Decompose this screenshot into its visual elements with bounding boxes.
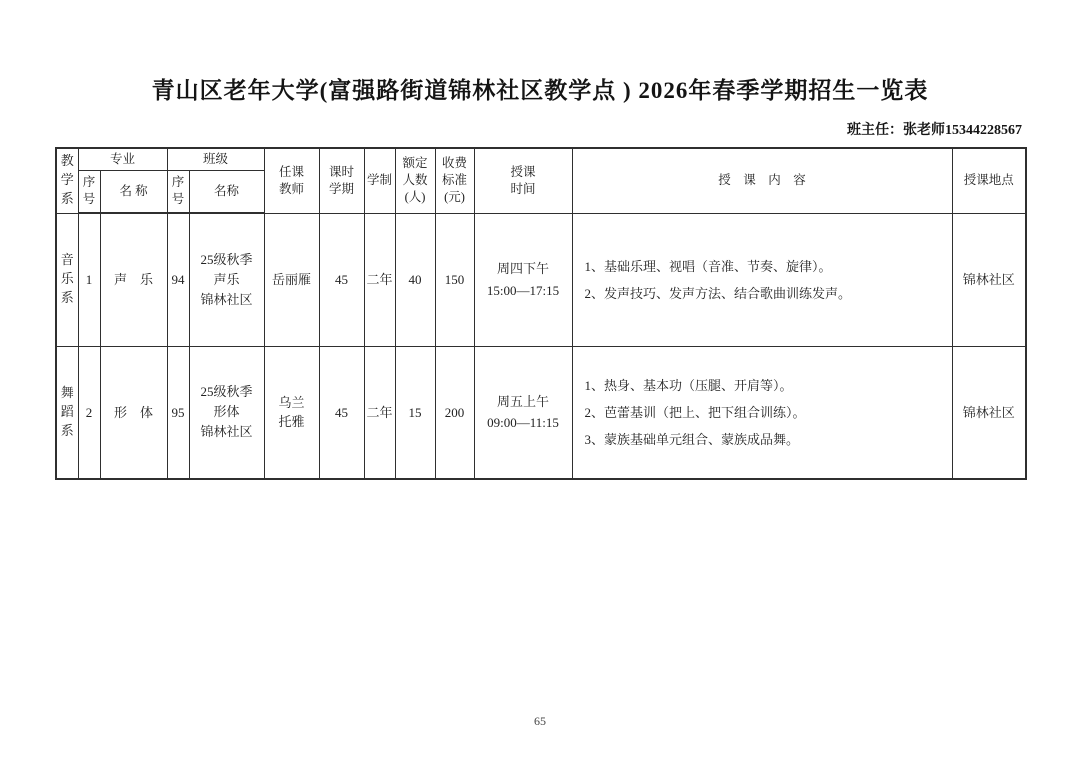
table-row-body-shaping: 舞 蹈 系 2 形 体 95 25级秋季 形体 锦林社区 乌兰 托雅 45 二年… — [56, 346, 1026, 479]
cell-major-name: 声 乐 — [100, 213, 167, 346]
cell-dept: 音 乐 系 — [56, 213, 78, 346]
cell-teacher: 乌兰 托雅 — [264, 346, 319, 479]
enrollment-table: 教 学 系 专业 班级 任课 教师 课时 学期 学制 额定 人数 (人) 收费 … — [55, 147, 1027, 480]
cell-fee: 150 — [435, 213, 474, 346]
header-major-seq: 序 号 — [78, 170, 100, 213]
cell-dept: 舞 蹈 系 — [56, 346, 78, 479]
cell-teacher: 岳丽雁 — [264, 213, 319, 346]
cell-location: 锦林社区 — [952, 346, 1026, 479]
cell-major-seq: 1 — [78, 213, 100, 346]
cell-hours: 45 — [319, 346, 364, 479]
table-row-vocal-music: 音 乐 系 1 声 乐 94 25级秋季 声乐 锦林社区 岳丽雁 45 二年 4… — [56, 213, 1026, 346]
header-hours: 课时 学期 — [319, 148, 364, 213]
header-class-name: 名称 — [189, 170, 264, 213]
header-location: 授课地点 — [952, 148, 1026, 213]
header-dept: 教 学 系 — [56, 148, 78, 213]
header-teacher: 任课 教师 — [264, 148, 319, 213]
cell-location: 锦林社区 — [952, 213, 1026, 346]
cell-capacity: 15 — [395, 346, 435, 479]
cell-capacity: 40 — [395, 213, 435, 346]
header-capacity: 额定 人数 (人) — [395, 148, 435, 213]
cell-hours: 45 — [319, 213, 364, 346]
cell-duration: 二年 — [364, 213, 395, 346]
header-content: 授 课 内 容 — [572, 148, 952, 213]
class-master-note: 班主任：张老师15344228567 — [847, 119, 1022, 139]
header-class-group: 班级 — [167, 148, 264, 170]
cell-duration: 二年 — [364, 346, 395, 479]
cell-content: 1、热身、基本功（压腿、开肩等）。 2、芭蕾基训（把上、把下组合训练）。 3、蒙… — [572, 346, 952, 479]
header-class-seq: 序 号 — [167, 170, 189, 213]
header-duration: 学制 — [364, 148, 395, 213]
page-title: 青山区老年大学(富强路街道锦林社区教学点 ) 2026年春季学期招生一览表 — [0, 72, 1080, 105]
cell-class-name: 25级秋季 声乐 锦林社区 — [189, 213, 264, 346]
header-fee: 收费 标准 (元) — [435, 148, 474, 213]
cell-content: 1、基础乐理、视唱（音准、节奏、旋律）。 2、发声技巧、发声方法、结合歌曲训练发… — [572, 213, 952, 346]
cell-class-seq: 95 — [167, 346, 189, 479]
cell-fee: 200 — [435, 346, 474, 479]
header-time: 授课 时间 — [474, 148, 572, 213]
page-number: 65 — [0, 714, 1080, 729]
cell-major-seq: 2 — [78, 346, 100, 479]
cell-time: 周五上午 09:00—11:15 — [474, 346, 572, 479]
cell-major-name: 形 体 — [100, 346, 167, 479]
cell-class-seq: 94 — [167, 213, 189, 346]
header-major-name: 名 称 — [100, 170, 167, 213]
document-page: 青山区老年大学(富强路街道锦林社区教学点 ) 2026年春季学期招生一览表 班主… — [0, 0, 1080, 764]
header-major-group: 专业 — [78, 148, 167, 170]
cell-class-name: 25级秋季 形体 锦林社区 — [189, 346, 264, 479]
cell-time: 周四下午 15:00—17:15 — [474, 213, 572, 346]
